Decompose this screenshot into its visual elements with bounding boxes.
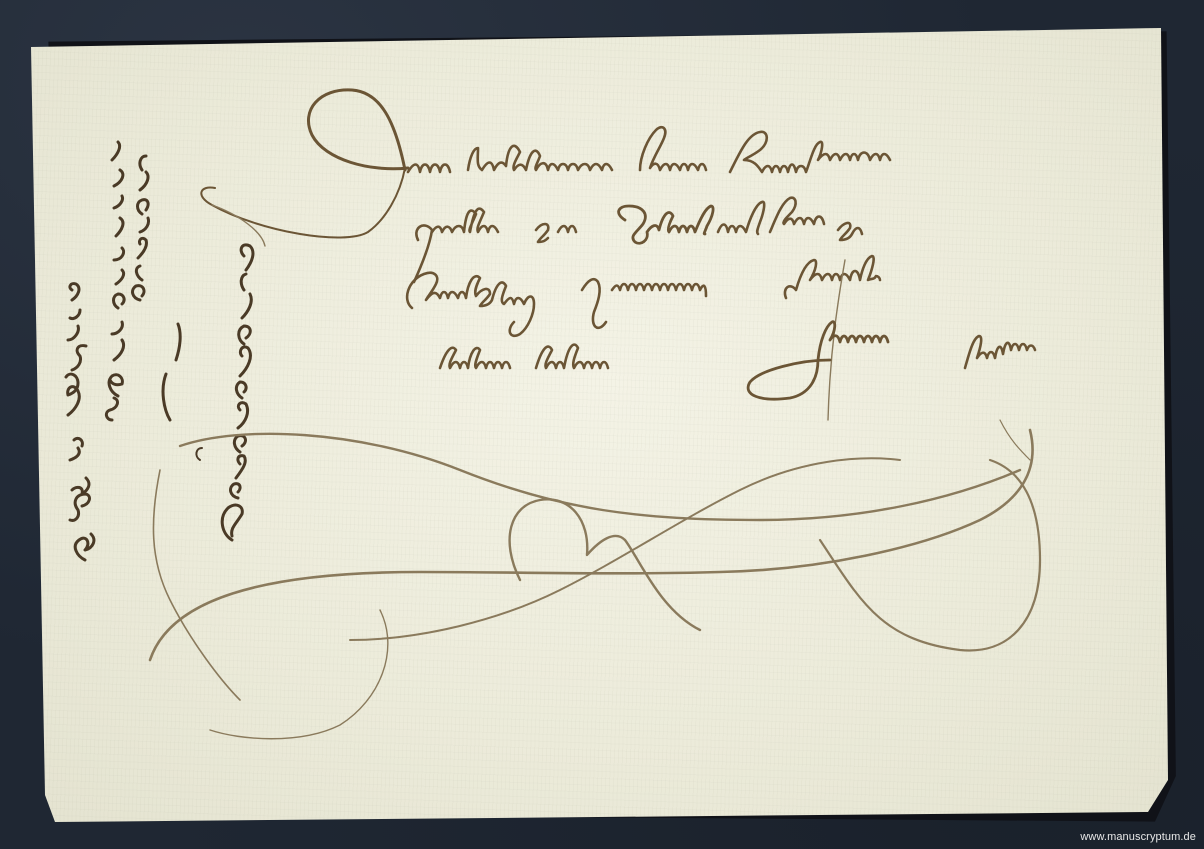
initial-d-loop — [201, 90, 408, 246]
docket-ink — [66, 142, 253, 560]
address-line-4-ink — [440, 322, 1035, 399]
handwriting-ink — [0, 0, 1204, 849]
watermark-text: www.manuscryptum.de — [1080, 831, 1196, 843]
address-line-1-ink — [408, 127, 890, 172]
address-line-2-ink — [414, 198, 862, 282]
flourish-ink — [150, 420, 1040, 739]
address-line-3-ink — [407, 256, 880, 420]
photo-scene: Dem wolgebornen herrn Reinharden graffen… — [0, 0, 1204, 849]
